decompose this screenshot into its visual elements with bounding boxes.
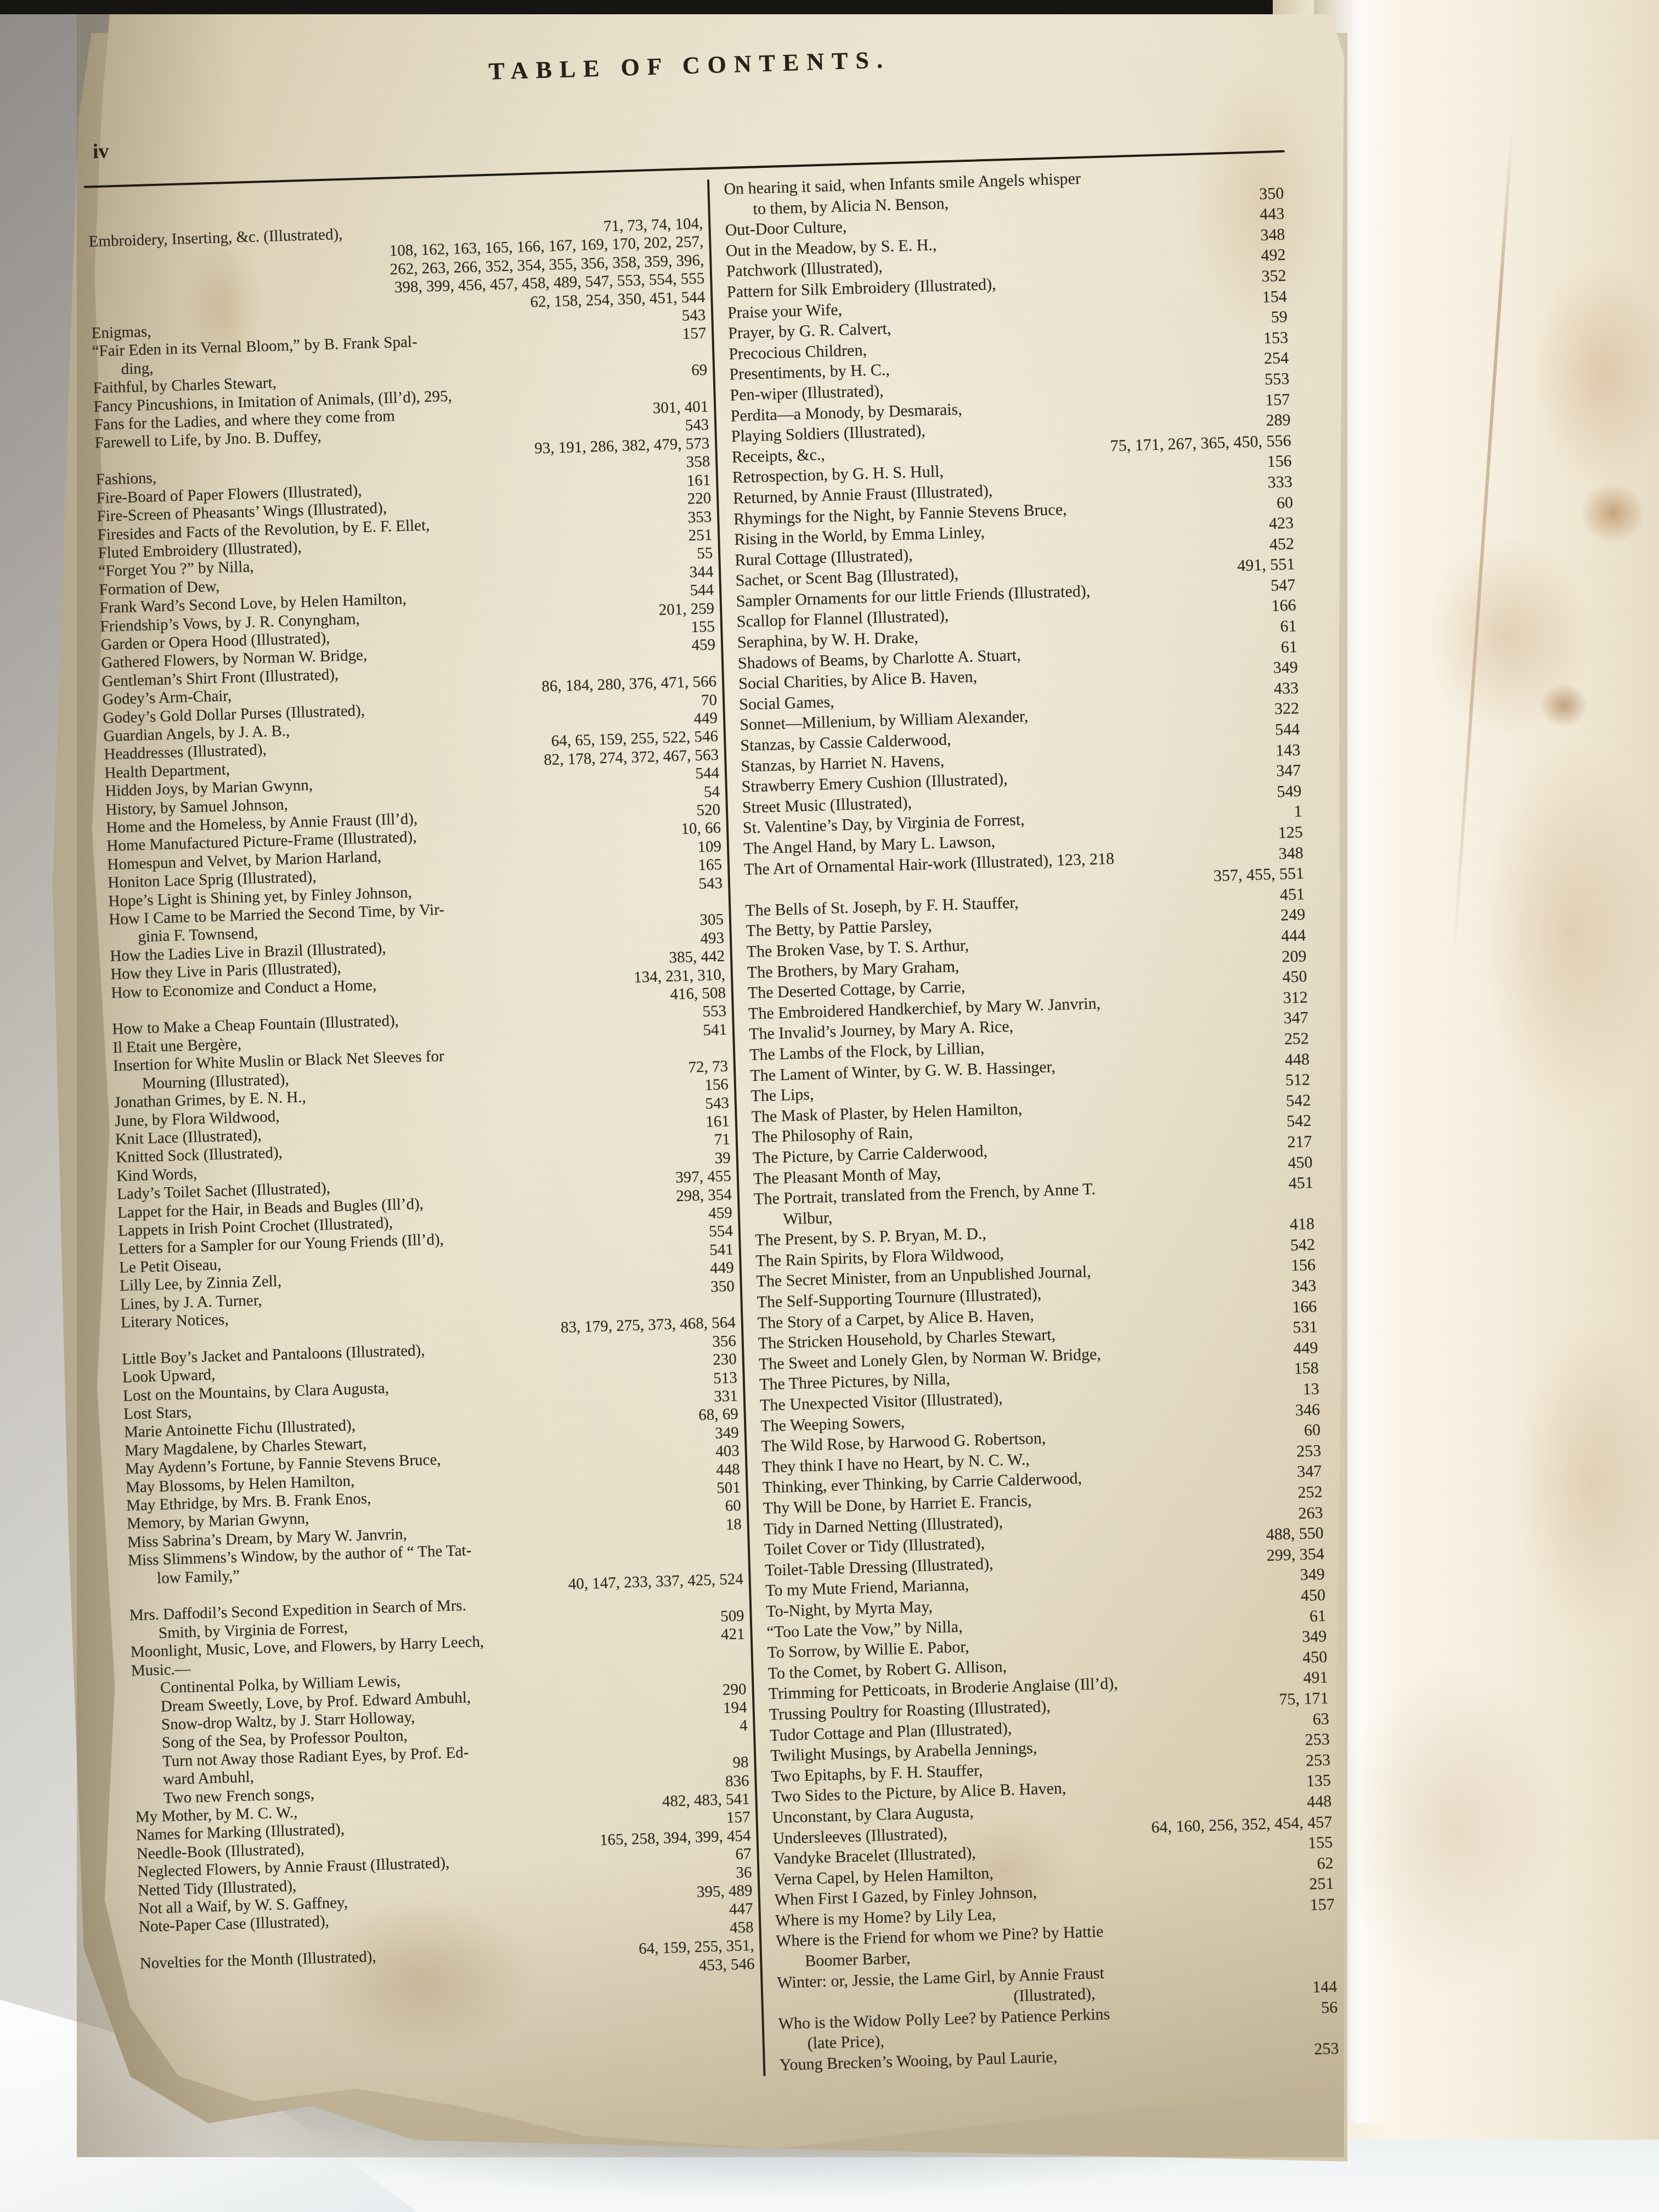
entry-text: Le Petit Oiseau, bbox=[119, 1256, 222, 1277]
entry-page-numbers: 298, 354 bbox=[676, 1186, 732, 1205]
entry-page-numbers: 395, 489 bbox=[697, 1882, 753, 1901]
entry-page-numbers: 253 bbox=[1296, 1441, 1322, 1462]
entry-page-numbers: 39 bbox=[714, 1149, 731, 1167]
entry-page-numbers: 547 bbox=[1271, 574, 1296, 596]
entry-page-numbers: 251 bbox=[688, 526, 712, 545]
entry-page-numbers: 356 bbox=[712, 1332, 736, 1351]
entry-page-numbers: 447 bbox=[729, 1900, 753, 1919]
entry-page-numbers: 253 bbox=[1305, 1729, 1330, 1751]
entry-page-numbers: 482, 483, 541 bbox=[662, 1790, 750, 1811]
entry-page-numbers: 230 bbox=[713, 1351, 737, 1370]
entry-page-numbers: 349 bbox=[1300, 1564, 1325, 1585]
entry-leader-space bbox=[1067, 508, 1277, 514]
entry-page-numbers: 453, 546 bbox=[698, 1955, 754, 1975]
entry-page-numbers: 4 bbox=[740, 1717, 748, 1735]
entry-page-numbers: 60 bbox=[1276, 492, 1293, 513]
entry-page-numbers: 542 bbox=[1290, 1234, 1315, 1256]
entry-leader-space bbox=[1081, 178, 1283, 184]
entry-page-numbers: 836 bbox=[725, 1772, 749, 1791]
entry-page-numbers: 449 bbox=[710, 1259, 734, 1278]
entry-page-numbers: 352 bbox=[1261, 266, 1286, 287]
entry-page-numbers: 61 bbox=[1280, 616, 1297, 637]
entry-page-numbers: 449 bbox=[693, 709, 718, 729]
entry-text: Music.— bbox=[131, 1660, 191, 1680]
foxing-stain bbox=[1339, 1657, 1569, 1997]
entry-text: Enigmas, bbox=[91, 323, 151, 343]
entry-page-numbers: 433 bbox=[1273, 678, 1299, 699]
entry-leader-space bbox=[1101, 1003, 1283, 1008]
entry-text: Praise your Wife, bbox=[727, 299, 843, 323]
entry-page-numbers: 156 bbox=[1267, 451, 1292, 472]
foxing-stain bbox=[1539, 684, 1589, 727]
entry-page-numbers: 397, 455 bbox=[675, 1167, 731, 1187]
entry-page-numbers: 520 bbox=[696, 801, 720, 820]
entry-page-numbers: 62 bbox=[1317, 1853, 1334, 1874]
entry-page-numbers: 349 bbox=[1273, 657, 1298, 679]
entry-page-numbers: 166 bbox=[1292, 1296, 1317, 1318]
entry-page-numbers: 71, 73, 74, 104, bbox=[603, 215, 703, 236]
entry-page-numbers: 542 bbox=[1286, 1110, 1312, 1132]
entry-page-numbers: 488, 550 bbox=[1266, 1523, 1324, 1545]
entry-page-numbers: 459 bbox=[708, 1204, 732, 1223]
entry-page-numbers: 353 bbox=[687, 508, 712, 527]
entry-text: Fashions, bbox=[95, 469, 156, 489]
entry-page-numbers: 347 bbox=[1276, 760, 1301, 782]
entry-page-numbers: 450 bbox=[1288, 1152, 1313, 1173]
entry-page-numbers: 542 bbox=[1286, 1090, 1311, 1111]
entry-text: Kind Words, bbox=[116, 1165, 198, 1186]
entry-leader-space bbox=[1110, 2013, 1322, 2019]
toc-column-right: On hearing it said, when Infants smile A… bbox=[709, 162, 1339, 2076]
entry-page-numbers: 134, 231, 310, bbox=[634, 966, 726, 986]
entry-page-numbers: 543 bbox=[705, 1094, 729, 1113]
entry-page-numbers: 10, 66 bbox=[681, 819, 721, 839]
entry-page-numbers: 553 bbox=[702, 1002, 726, 1022]
entry-page-numbers: 305 bbox=[699, 911, 724, 930]
entry-page-numbers: 344 bbox=[689, 563, 713, 582]
entry-page-numbers: 549 bbox=[1277, 781, 1302, 802]
entry-page-numbers: 157 bbox=[726, 1808, 751, 1827]
entry-page-numbers: 13 bbox=[1302, 1379, 1319, 1400]
entry-page-numbers: 156 bbox=[704, 1076, 729, 1095]
entry-page-numbers: 450 bbox=[1282, 966, 1307, 988]
entry-page-numbers: 59 bbox=[1271, 307, 1288, 328]
entry-page-numbers: 263 bbox=[1298, 1502, 1323, 1523]
entry-page-numbers: 349 bbox=[1302, 1626, 1327, 1647]
entry-text: (late Price), bbox=[807, 2031, 884, 2054]
entry-page-numbers: 18 bbox=[725, 1515, 742, 1534]
entry-page-numbers: 444 bbox=[1281, 925, 1306, 946]
entry-text: Lost Stars, bbox=[123, 1403, 192, 1424]
entry-page-numbers: 253 bbox=[1305, 1750, 1330, 1771]
entry-page-numbers: 157 bbox=[1310, 1894, 1335, 1915]
entry-leader-space bbox=[947, 1832, 1152, 1838]
entry-page-numbers: 491 bbox=[1303, 1667, 1328, 1689]
entry-page-numbers: 67 bbox=[735, 1845, 752, 1864]
entry-page-numbers: 36 bbox=[736, 1864, 752, 1882]
entry-page-numbers: 346 bbox=[1295, 1400, 1320, 1421]
entry-leader-space bbox=[1096, 1189, 1289, 1194]
folio-page-number: iv bbox=[92, 139, 109, 163]
entry-page-numbers: 492 bbox=[1261, 245, 1286, 266]
entry-page-numbers: 347 bbox=[1297, 1461, 1322, 1482]
entry-page-numbers: 343 bbox=[1291, 1276, 1317, 1297]
entry-leader-space bbox=[1057, 2055, 1314, 2062]
entry-page-numbers: 421 bbox=[721, 1625, 745, 1644]
entry-page-numbers: 209 bbox=[1282, 946, 1307, 967]
entry-page-numbers: 501 bbox=[716, 1479, 741, 1498]
entry-page-numbers: 543 bbox=[685, 416, 709, 436]
entry-text: Look Upward, bbox=[122, 1366, 216, 1387]
entry-page-numbers: 458 bbox=[729, 1918, 753, 1938]
entry-page-numbers: 448 bbox=[716, 1460, 740, 1480]
entry-page-numbers: 154 bbox=[1262, 286, 1287, 307]
entry-page-numbers: 161 bbox=[686, 471, 710, 490]
entry-page-numbers: 543 bbox=[681, 306, 706, 325]
entry-page-numbers: 71 bbox=[714, 1131, 730, 1149]
entry-page-numbers: 56 bbox=[1321, 1997, 1338, 2018]
entry-page-numbers: 331 bbox=[714, 1387, 738, 1406]
entry-page-numbers: 358 bbox=[686, 453, 710, 472]
entry-page-numbers: 252 bbox=[1284, 1028, 1309, 1049]
entry-page-numbers: 69 bbox=[691, 361, 708, 380]
entry-page-numbers: 61 bbox=[1310, 1605, 1327, 1626]
entry-page-numbers: 403 bbox=[715, 1442, 740, 1462]
entry-page-numbers: 385, 442 bbox=[669, 947, 725, 967]
entry-page-numbers: 357, 455, 551 bbox=[1213, 864, 1304, 887]
entry-page-numbers: 450 bbox=[1302, 1646, 1328, 1668]
entry-page-numbers: 60 bbox=[725, 1497, 741, 1516]
photo-of-book-page: { "header": { "folio": "iv", "title": "T… bbox=[0, 0, 1659, 2212]
entry-page-numbers: 512 bbox=[1285, 1069, 1311, 1091]
entry-page-numbers: 290 bbox=[723, 1680, 747, 1700]
entry-page-numbers: 153 bbox=[1263, 328, 1288, 349]
entry-page-numbers: 423 bbox=[1268, 513, 1294, 534]
entry-page-numbers: 531 bbox=[1293, 1317, 1318, 1338]
entry-leader-space bbox=[1096, 1993, 1313, 1999]
entry-page-numbers: 254 bbox=[1263, 348, 1289, 369]
entry-page-numbers: 125 bbox=[1278, 822, 1303, 843]
entry-page-numbers: 299, 354 bbox=[1266, 1544, 1324, 1566]
foxing-stain bbox=[1514, 1317, 1659, 1646]
entry-page-numbers: 493 bbox=[700, 929, 724, 949]
entry-page-numbers: 251 bbox=[1309, 1874, 1334, 1895]
entry-page-numbers: 165 bbox=[698, 856, 722, 875]
entry-page-numbers: 63 bbox=[1312, 1708, 1329, 1729]
entry-page-numbers: 451 bbox=[1279, 884, 1305, 905]
entry-page-numbers: 350 bbox=[710, 1277, 735, 1296]
entry-text: low Family,” bbox=[157, 1567, 240, 1588]
entry-text: Receipts, &c., bbox=[731, 444, 825, 468]
entry-page-numbers: 448 bbox=[1284, 1049, 1310, 1070]
entry-page-numbers: 544 bbox=[695, 764, 719, 783]
entry-text: Social Games, bbox=[739, 691, 834, 715]
entry-page-numbers: 348 bbox=[1260, 224, 1285, 246]
entry-text: Wilbur, bbox=[783, 1207, 833, 1229]
entry-page-numbers: 252 bbox=[1297, 1482, 1323, 1503]
entry-page-numbers: 312 bbox=[1283, 987, 1308, 1008]
entry-text: (Illustrated), bbox=[1013, 1984, 1096, 2007]
entry-page-numbers: 416, 508 bbox=[670, 984, 726, 1004]
entry-page-numbers: 541 bbox=[709, 1240, 733, 1260]
entry-page-numbers: 322 bbox=[1274, 698, 1299, 720]
entry-page-numbers: 554 bbox=[709, 1222, 733, 1242]
entry-page-numbers: 157 bbox=[682, 325, 706, 344]
entry-text: Boomer Barber, bbox=[805, 1948, 911, 1972]
entry-page-numbers: 217 bbox=[1287, 1131, 1312, 1153]
entry-page-numbers: 448 bbox=[1307, 1791, 1332, 1813]
toc-columns: Embroidery, Inserting, &c. (Illustrated)… bbox=[87, 162, 1342, 2095]
entry-page-numbers: 72, 73 bbox=[688, 1057, 728, 1077]
entry-page-numbers: 158 bbox=[1294, 1358, 1319, 1379]
entry-page-numbers: 449 bbox=[1293, 1338, 1318, 1359]
entry-page-numbers: 194 bbox=[723, 1699, 747, 1718]
entry-page-numbers: 544 bbox=[1275, 719, 1300, 741]
entry-page-numbers: 144 bbox=[1312, 1977, 1338, 1998]
foxing-stain bbox=[1580, 483, 1646, 543]
entry-page-numbers: 143 bbox=[1276, 740, 1301, 761]
entry-page-numbers: 220 bbox=[687, 489, 711, 509]
entry-leader-space bbox=[1091, 1271, 1291, 1277]
entry-page-numbers: 155 bbox=[691, 618, 715, 637]
entry-page-numbers: 543 bbox=[698, 874, 723, 893]
entry-page-numbers: 289 bbox=[1266, 410, 1291, 431]
entry-page-numbers: 68, 69 bbox=[698, 1406, 738, 1425]
entry-page-numbers: 166 bbox=[1271, 595, 1296, 617]
toc-column-left: Embroidery, Inserting, &c. (Illustrated)… bbox=[87, 179, 758, 2094]
foxing-stain bbox=[1481, 741, 1659, 1125]
entry-leader-space bbox=[140, 1971, 699, 1987]
entry-page-numbers: 418 bbox=[1289, 1214, 1314, 1235]
entry-page-numbers: 443 bbox=[1260, 204, 1285, 225]
entry-text: ward Ambuhl, bbox=[163, 1768, 255, 1789]
entry-page-numbers: 253 bbox=[1314, 2038, 1339, 2059]
entry-text: Out-Door Culture, bbox=[725, 217, 847, 241]
entry-page-numbers: 135 bbox=[1306, 1770, 1331, 1792]
entry-text: ding, bbox=[121, 359, 154, 379]
entry-page-numbers: 491, 551 bbox=[1237, 554, 1295, 577]
page-title: TABLE OF CONTENTS. bbox=[80, 33, 1299, 98]
entry-page-numbers: 156 bbox=[1291, 1255, 1316, 1277]
entry-text: The Lips, bbox=[751, 1084, 814, 1107]
entry-page-numbers: 301, 401 bbox=[652, 398, 708, 417]
entry-page-numbers: 155 bbox=[1308, 1832, 1333, 1854]
entry-page-numbers: 55 bbox=[697, 544, 713, 563]
entry-page-numbers: 201, 259 bbox=[658, 600, 714, 619]
entry-page-numbers: 452 bbox=[1269, 533, 1295, 555]
entry-page-numbers: 541 bbox=[703, 1021, 727, 1040]
entry-leader-space bbox=[1090, 591, 1271, 596]
entry-leader-space bbox=[1118, 1683, 1304, 1689]
entry-page-numbers: 348 bbox=[1278, 843, 1304, 864]
entry-page-numbers: 157 bbox=[1265, 389, 1290, 410]
entry-page-numbers: 161 bbox=[706, 1113, 730, 1132]
entry-leader-space bbox=[1101, 1353, 1294, 1359]
entry-page-numbers: 1 bbox=[1294, 802, 1302, 822]
entry-page-numbers: 544 bbox=[690, 581, 714, 600]
entry-page-numbers: 61 bbox=[1280, 636, 1297, 657]
page-content: TABLE OF CONTENTS. iv Embroidery, Insert… bbox=[80, 6, 1359, 2148]
entry-page-numbers: 249 bbox=[1280, 905, 1306, 926]
entry-page-numbers: 347 bbox=[1283, 1008, 1308, 1029]
entry-leader-space bbox=[1082, 1477, 1297, 1484]
entry-page-numbers: 333 bbox=[1267, 472, 1293, 493]
entry-leader-space bbox=[1114, 859, 1279, 864]
entry-page-numbers: 350 bbox=[1259, 183, 1284, 205]
entry-page-numbers: 109 bbox=[697, 838, 721, 857]
entry-page-numbers: 459 bbox=[691, 636, 715, 655]
entry-page-numbers: 75, 171 bbox=[1279, 1688, 1329, 1710]
entry-page-numbers: 349 bbox=[715, 1424, 739, 1443]
entry-page-numbers: 450 bbox=[1300, 1585, 1325, 1606]
entry-page-numbers: 451 bbox=[1288, 1172, 1313, 1194]
entry-page-numbers: 553 bbox=[1265, 369, 1290, 390]
entry-page-numbers: 60 bbox=[1304, 1420, 1321, 1441]
entry-page-numbers: 509 bbox=[720, 1607, 744, 1626]
entry-page-numbers: 513 bbox=[713, 1369, 737, 1388]
entry-page-numbers: 54 bbox=[704, 782, 720, 801]
entry-page-numbers: 70 bbox=[701, 691, 718, 710]
entry-page-numbers: 98 bbox=[732, 1753, 749, 1772]
